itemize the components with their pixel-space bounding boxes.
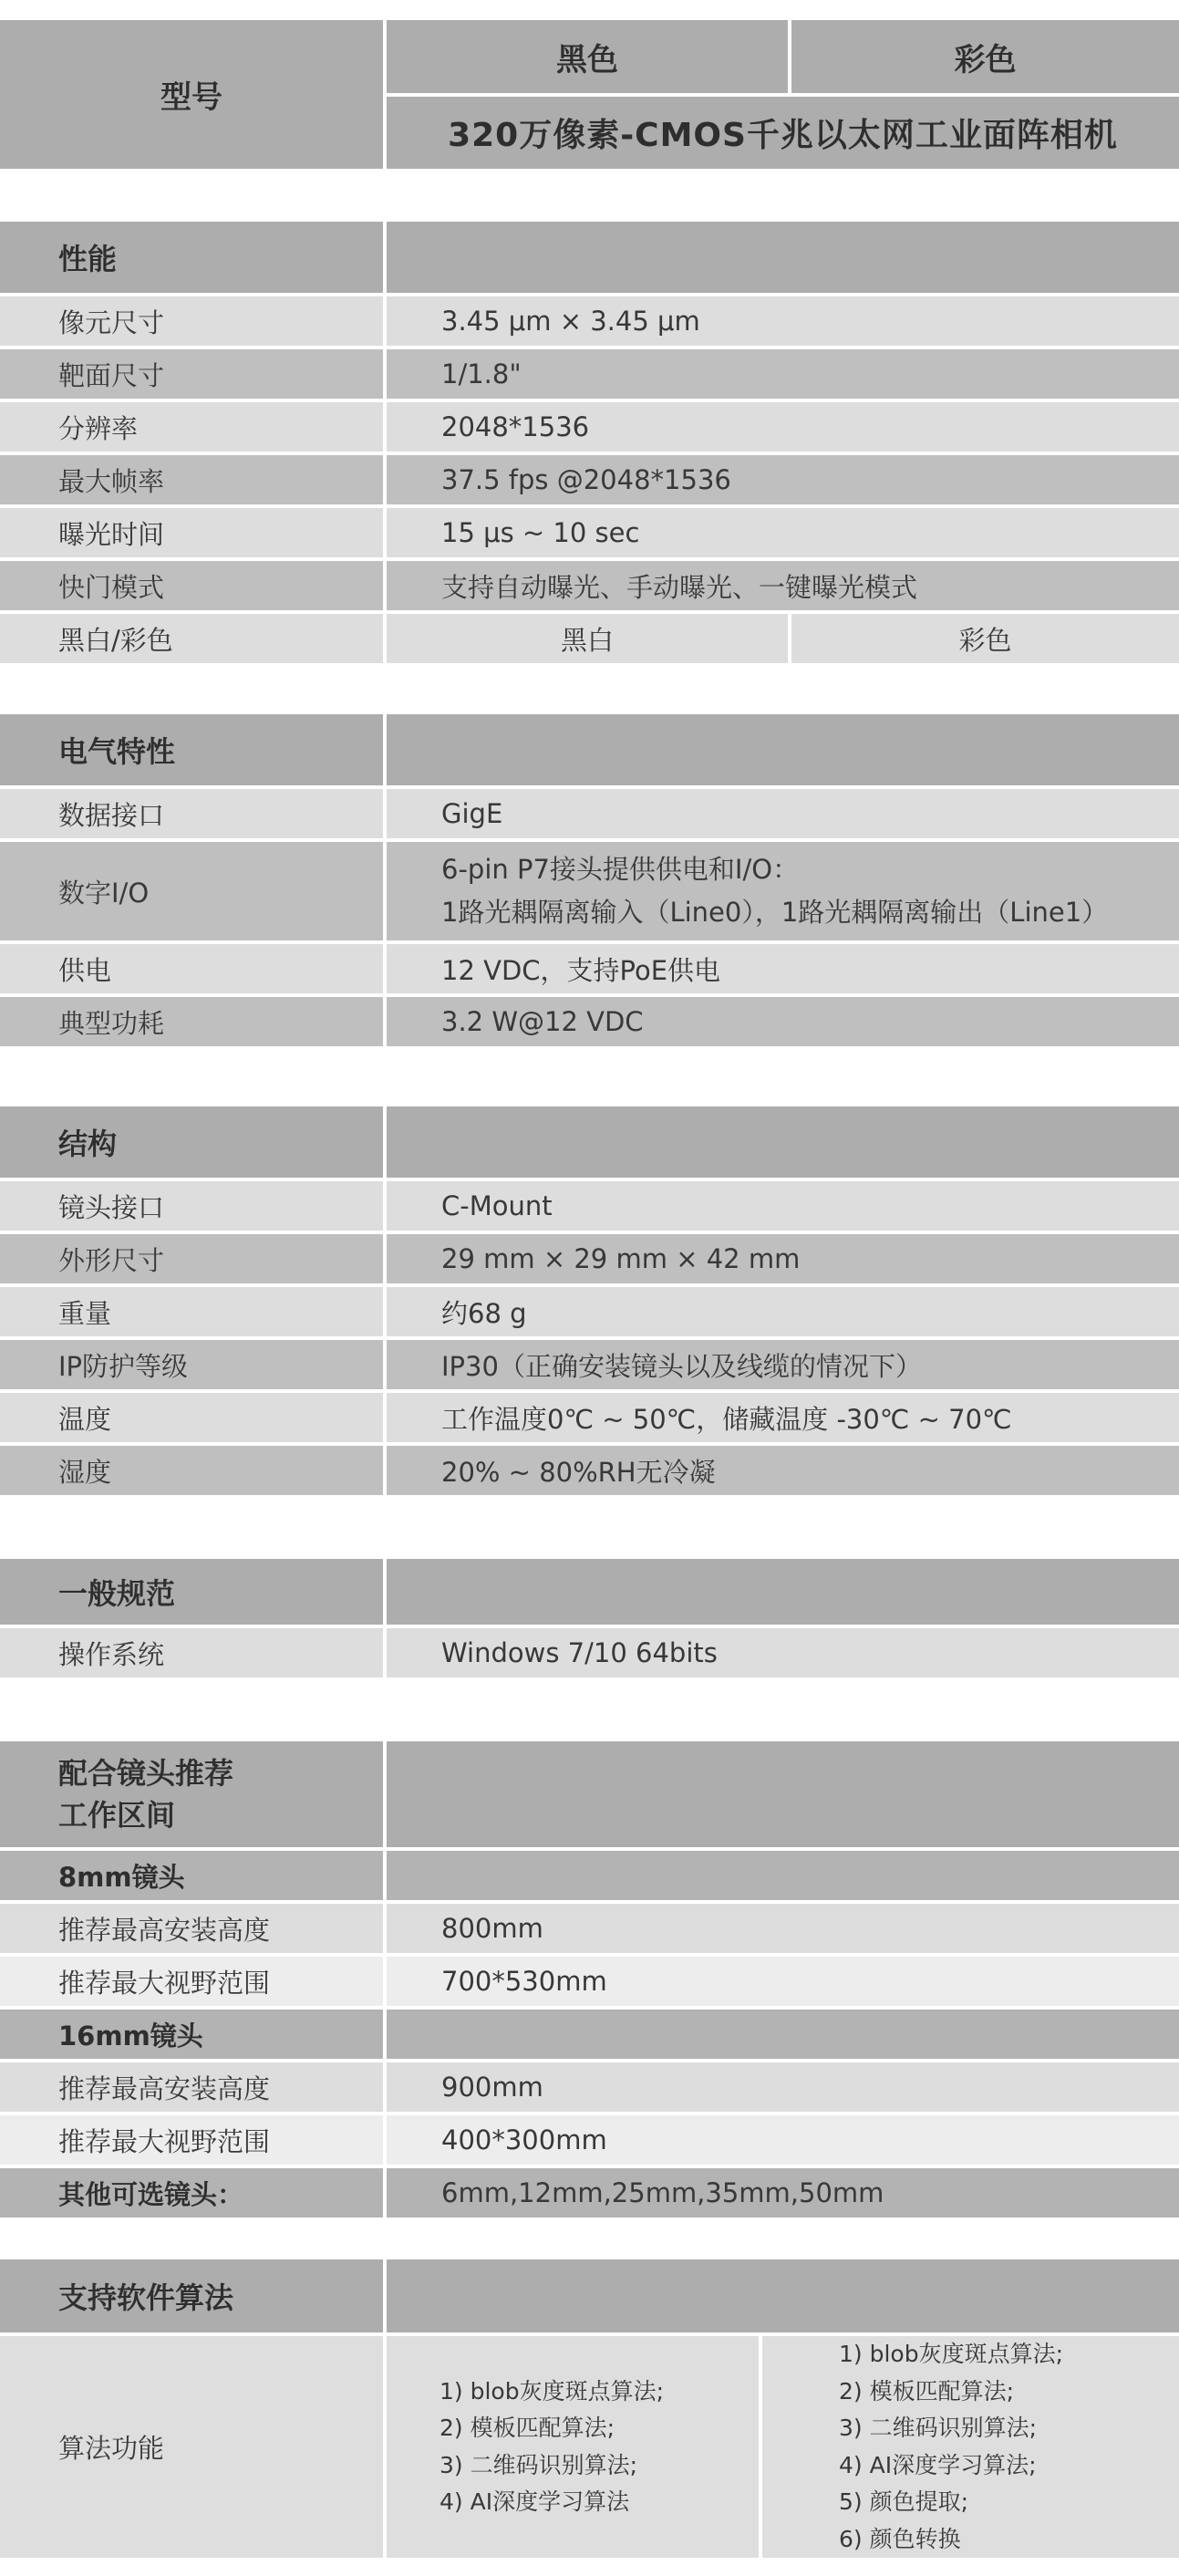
section-structure: 结构 镜头接口 C-Mount 外形尺寸 29 mm × 29 mm × 42 …: [0, 1106, 1179, 1495]
spec-value: Windows 7/10 64bits: [387, 1628, 1179, 1678]
algorithm-list-mono: 1) blob灰度斑点算法; 2) 模板匹配算法; 3) 二维码识别算法; 4)…: [387, 2336, 759, 2558]
spec-label: 其他可选镜头：: [0, 2168, 383, 2218]
spec-row: 外形尺寸 29 mm × 29 mm × 42 mm: [0, 1234, 1179, 1283]
spec-value: 700*530mm: [387, 1957, 1179, 2006]
spec-sheet: 型号 黑色 彩色 320万像素-CMOS千兆以太网工业面阵相机 性能 像元尺寸 …: [0, 0, 1179, 2576]
spec-label: 最大帧率: [0, 455, 383, 504]
spec-row: 重量 约68 g: [0, 1287, 1179, 1336]
spec-value: 约68 g: [387, 1287, 1179, 1336]
spec-label: 推荐最高安装高度: [0, 2062, 383, 2112]
spec-row: 像元尺寸 3.45 μm × 3.45 μm: [0, 296, 1179, 346]
model-header-cell: 型号: [0, 20, 383, 169]
spec-row: 推荐最大视野范围 700*530mm: [0, 1957, 1179, 2006]
spec-value: 6mm,12mm,25mm,35mm,50mm: [387, 2168, 1179, 2218]
spec-value: 1/1.8": [387, 349, 1179, 399]
section-performance: 性能 像元尺寸 3.45 μm × 3.45 μm 靶面尺寸 1/1.8" 分辨…: [0, 222, 1179, 663]
spec-row: 快门模式 支持自动曝光、手动曝光、一键曝光模式: [0, 561, 1179, 610]
spec-label: 黑白/彩色: [0, 614, 383, 663]
header-variant-row: 黑色 彩色: [387, 20, 1179, 93]
algo-mono-3: 3) 二维码识别算法;: [440, 2447, 637, 2485]
subheader-label: 16mm镜头: [0, 2010, 383, 2059]
color-value: 彩色: [791, 614, 1179, 663]
section-title: 支持软件算法: [0, 2259, 383, 2332]
spec-label: 镜头接口: [0, 1181, 383, 1231]
section-general: 一般规范 操作系统 Windows 7/10 64bits: [0, 1559, 1179, 1678]
section-header: 性能: [0, 222, 1179, 293]
spec-label: 推荐最高安装高度: [0, 1904, 383, 1953]
spec-label: 推荐最大视野范围: [0, 2115, 383, 2165]
section-title-spacer: [387, 1559, 1179, 1625]
spec-label: 供电: [0, 944, 383, 993]
subheader-label: 8mm镜头: [0, 1851, 383, 1900]
section-software: 支持软件算法 算法功能 1) blob灰度斑点算法; 2) 模板匹配算法; 3)…: [0, 2259, 1179, 2558]
spec-value: 3.2 W@12 VDC: [387, 997, 1179, 1046]
algo-color-1: 1) blob灰度斑点算法;: [839, 2336, 1063, 2373]
spec-row: 数据接口 GigE: [0, 789, 1179, 838]
spec-label: 分辨率: [0, 402, 383, 452]
spec-value: 800mm: [387, 1904, 1179, 1953]
subheader-spacer: [387, 2010, 1179, 2059]
spec-row-digital-io: 数字I/O 6-pin P7接头提供供电和I/O： 1路光耦隔离输入（Line0…: [0, 842, 1179, 940]
spec-value: C-Mount: [387, 1181, 1179, 1231]
spec-value: 400*300mm: [387, 2115, 1179, 2165]
spec-value: 12 VDC，支持PoE供电: [387, 944, 1179, 993]
header-block: 型号 黑色 彩色 320万像素-CMOS千兆以太网工业面阵相机: [0, 20, 1179, 169]
section-electrical: 电气特性 数据接口 GigE 数字I/O 6-pin P7接头提供供电和I/O：…: [0, 714, 1179, 1046]
algo-color-3: 3) 二维码识别算法;: [839, 2410, 1037, 2447]
spec-row: 曝光时间 15 μs ~ 10 sec: [0, 508, 1179, 557]
spec-label: 操作系统: [0, 1628, 383, 1678]
algo-color-6: 6) 颜色转换: [839, 2521, 961, 2559]
variant-black-cell: 黑色: [387, 20, 788, 93]
section-title-spacer: [387, 1106, 1179, 1178]
spec-label: 典型功耗: [0, 997, 383, 1046]
section-header: 支持软件算法: [0, 2259, 1179, 2332]
spec-value: 工作温度0℃ ~ 50℃，储藏温度 -30℃ ~ 70℃: [387, 1393, 1179, 1442]
io-line-1: 6-pin P7接头提供供电和I/O：: [441, 848, 1179, 891]
spec-row: 推荐最高安装高度 900mm: [0, 2062, 1179, 2112]
section-title-spacer: [387, 2259, 1179, 2332]
spec-label: 推荐最大视野范围: [0, 1957, 383, 2006]
spec-row: 推荐最大视野范围 400*300mm: [0, 2115, 1179, 2165]
spec-row: 分辨率 2048*1536: [0, 402, 1179, 452]
spec-value: 37.5 fps @2048*1536: [387, 455, 1179, 504]
spec-label: 外形尺寸: [0, 1234, 383, 1283]
section-header: 配合镜头推荐 工作区间: [0, 1741, 1179, 1847]
header-right: 黑色 彩色 320万像素-CMOS千兆以太网工业面阵相机: [387, 20, 1179, 169]
algo-mono-1: 1) blob灰度斑点算法;: [440, 2373, 664, 2411]
spec-value: 15 μs ~ 10 sec: [387, 508, 1179, 557]
algo-color-4: 4) AI深度学习算法;: [839, 2447, 1037, 2485]
spec-label: IP防护等级: [0, 1340, 383, 1389]
algorithm-list-color: 1) blob灰度斑点算法; 2) 模板匹配算法; 3) 二维码识别算法; 4)…: [762, 2336, 1179, 2558]
spec-row-other-lenses: 其他可选镜头： 6mm,12mm,25mm,35mm,50mm: [0, 2168, 1179, 2218]
spec-value-multiline: 6-pin P7接头提供供电和I/O： 1路光耦隔离输入（Line0），1路光耦…: [387, 842, 1179, 940]
spec-value: 20% ~ 80%RH无冷凝: [387, 1446, 1179, 1495]
spec-row: 供电 12 VDC，支持PoE供电: [0, 944, 1179, 993]
subheader-spacer: [387, 1851, 1179, 1900]
spec-label: 快门模式: [0, 561, 383, 610]
spec-value: 支持自动曝光、手动曝光、一键曝光模式: [387, 561, 1179, 610]
spec-row: 典型功耗 3.2 W@12 VDC: [0, 997, 1179, 1046]
spec-row: 最大帧率 37.5 fps @2048*1536: [0, 455, 1179, 504]
spec-value: 900mm: [387, 2062, 1179, 2112]
spec-label: 数字I/O: [0, 842, 383, 940]
lens-subheader-8mm: 8mm镜头: [0, 1851, 1179, 1900]
algorithm-columns: 1) blob灰度斑点算法; 2) 模板匹配算法; 3) 二维码识别算法; 4)…: [387, 2336, 1179, 2558]
io-line-2: 1路光耦隔离输入（Line0），1路光耦隔离输出（Line1）: [441, 891, 1179, 934]
section-title: 配合镜头推荐 工作区间: [0, 1741, 383, 1847]
spec-label: 湿度: [0, 1446, 383, 1495]
spec-label: 算法功能: [0, 2336, 383, 2558]
spec-label: 温度: [0, 1393, 383, 1442]
spec-row: 镜头接口 C-Mount: [0, 1181, 1179, 1231]
spec-value: 2048*1536: [387, 402, 1179, 452]
spec-label: 曝光时间: [0, 508, 383, 557]
section-lens: 配合镜头推荐 工作区间 8mm镜头 推荐最高安装高度 800mm 推荐最大视野范…: [0, 1741, 1179, 2218]
spec-value: 3.45 μm × 3.45 μm: [387, 296, 1179, 346]
spec-row: 湿度 20% ~ 80%RH无冷凝: [0, 1446, 1179, 1495]
spec-row: 推荐最高安装高度 800mm: [0, 1904, 1179, 1953]
lens-title-line2: 工作区间: [58, 1794, 383, 1836]
section-title: 性能: [0, 222, 383, 293]
spec-row: 操作系统 Windows 7/10 64bits: [0, 1628, 1179, 1678]
spec-row-mono-color: 黑白/彩色 黑白 彩色: [0, 614, 1179, 663]
lens-subheader-16mm: 16mm镜头: [0, 2010, 1179, 2059]
spec-label: 重量: [0, 1287, 383, 1336]
section-title-spacer: [387, 222, 1179, 293]
spec-value: 29 mm × 29 mm × 42 mm: [387, 1234, 1179, 1283]
split-values: 黑白 彩色: [387, 614, 1179, 663]
spec-value: GigE: [387, 789, 1179, 838]
mono-value: 黑白: [387, 614, 788, 663]
spec-row: 温度 工作温度0℃ ~ 50℃，储藏温度 -30℃ ~ 70℃: [0, 1393, 1179, 1442]
section-header: 结构: [0, 1106, 1179, 1178]
section-header: 一般规范: [0, 1559, 1179, 1625]
algo-mono-2: 2) 模板匹配算法;: [440, 2410, 615, 2447]
section-title-spacer: [387, 714, 1179, 785]
spec-label: 靶面尺寸: [0, 349, 383, 399]
spec-value: IP30（正确安装镜头以及线缆的情况下）: [387, 1340, 1179, 1389]
algo-color-5: 5) 颜色提取;: [839, 2484, 968, 2521]
spec-row: 靶面尺寸 1/1.8": [0, 349, 1179, 399]
variant-color-cell: 彩色: [791, 20, 1179, 93]
algo-color-2: 2) 模板匹配算法;: [839, 2373, 1014, 2411]
lens-title-line1: 配合镜头推荐: [58, 1752, 383, 1794]
spec-row: IP防护等级 IP30（正确安装镜头以及线缆的情况下）: [0, 1340, 1179, 1389]
section-title: 结构: [0, 1106, 383, 1178]
spec-label: 像元尺寸: [0, 296, 383, 346]
algo-mono-4: 4) AI深度学习算法: [440, 2484, 629, 2521]
section-title: 电气特性: [0, 714, 383, 785]
algorithm-row: 算法功能 1) blob灰度斑点算法; 2) 模板匹配算法; 3) 二维码识别算…: [0, 2336, 1179, 2558]
section-header: 电气特性: [0, 714, 1179, 785]
section-title: 一般规范: [0, 1559, 383, 1625]
product-title: 320万像素-CMOS千兆以太网工业面阵相机: [387, 97, 1179, 169]
section-title-spacer: [387, 1741, 1179, 1847]
spec-label: 数据接口: [0, 789, 383, 838]
